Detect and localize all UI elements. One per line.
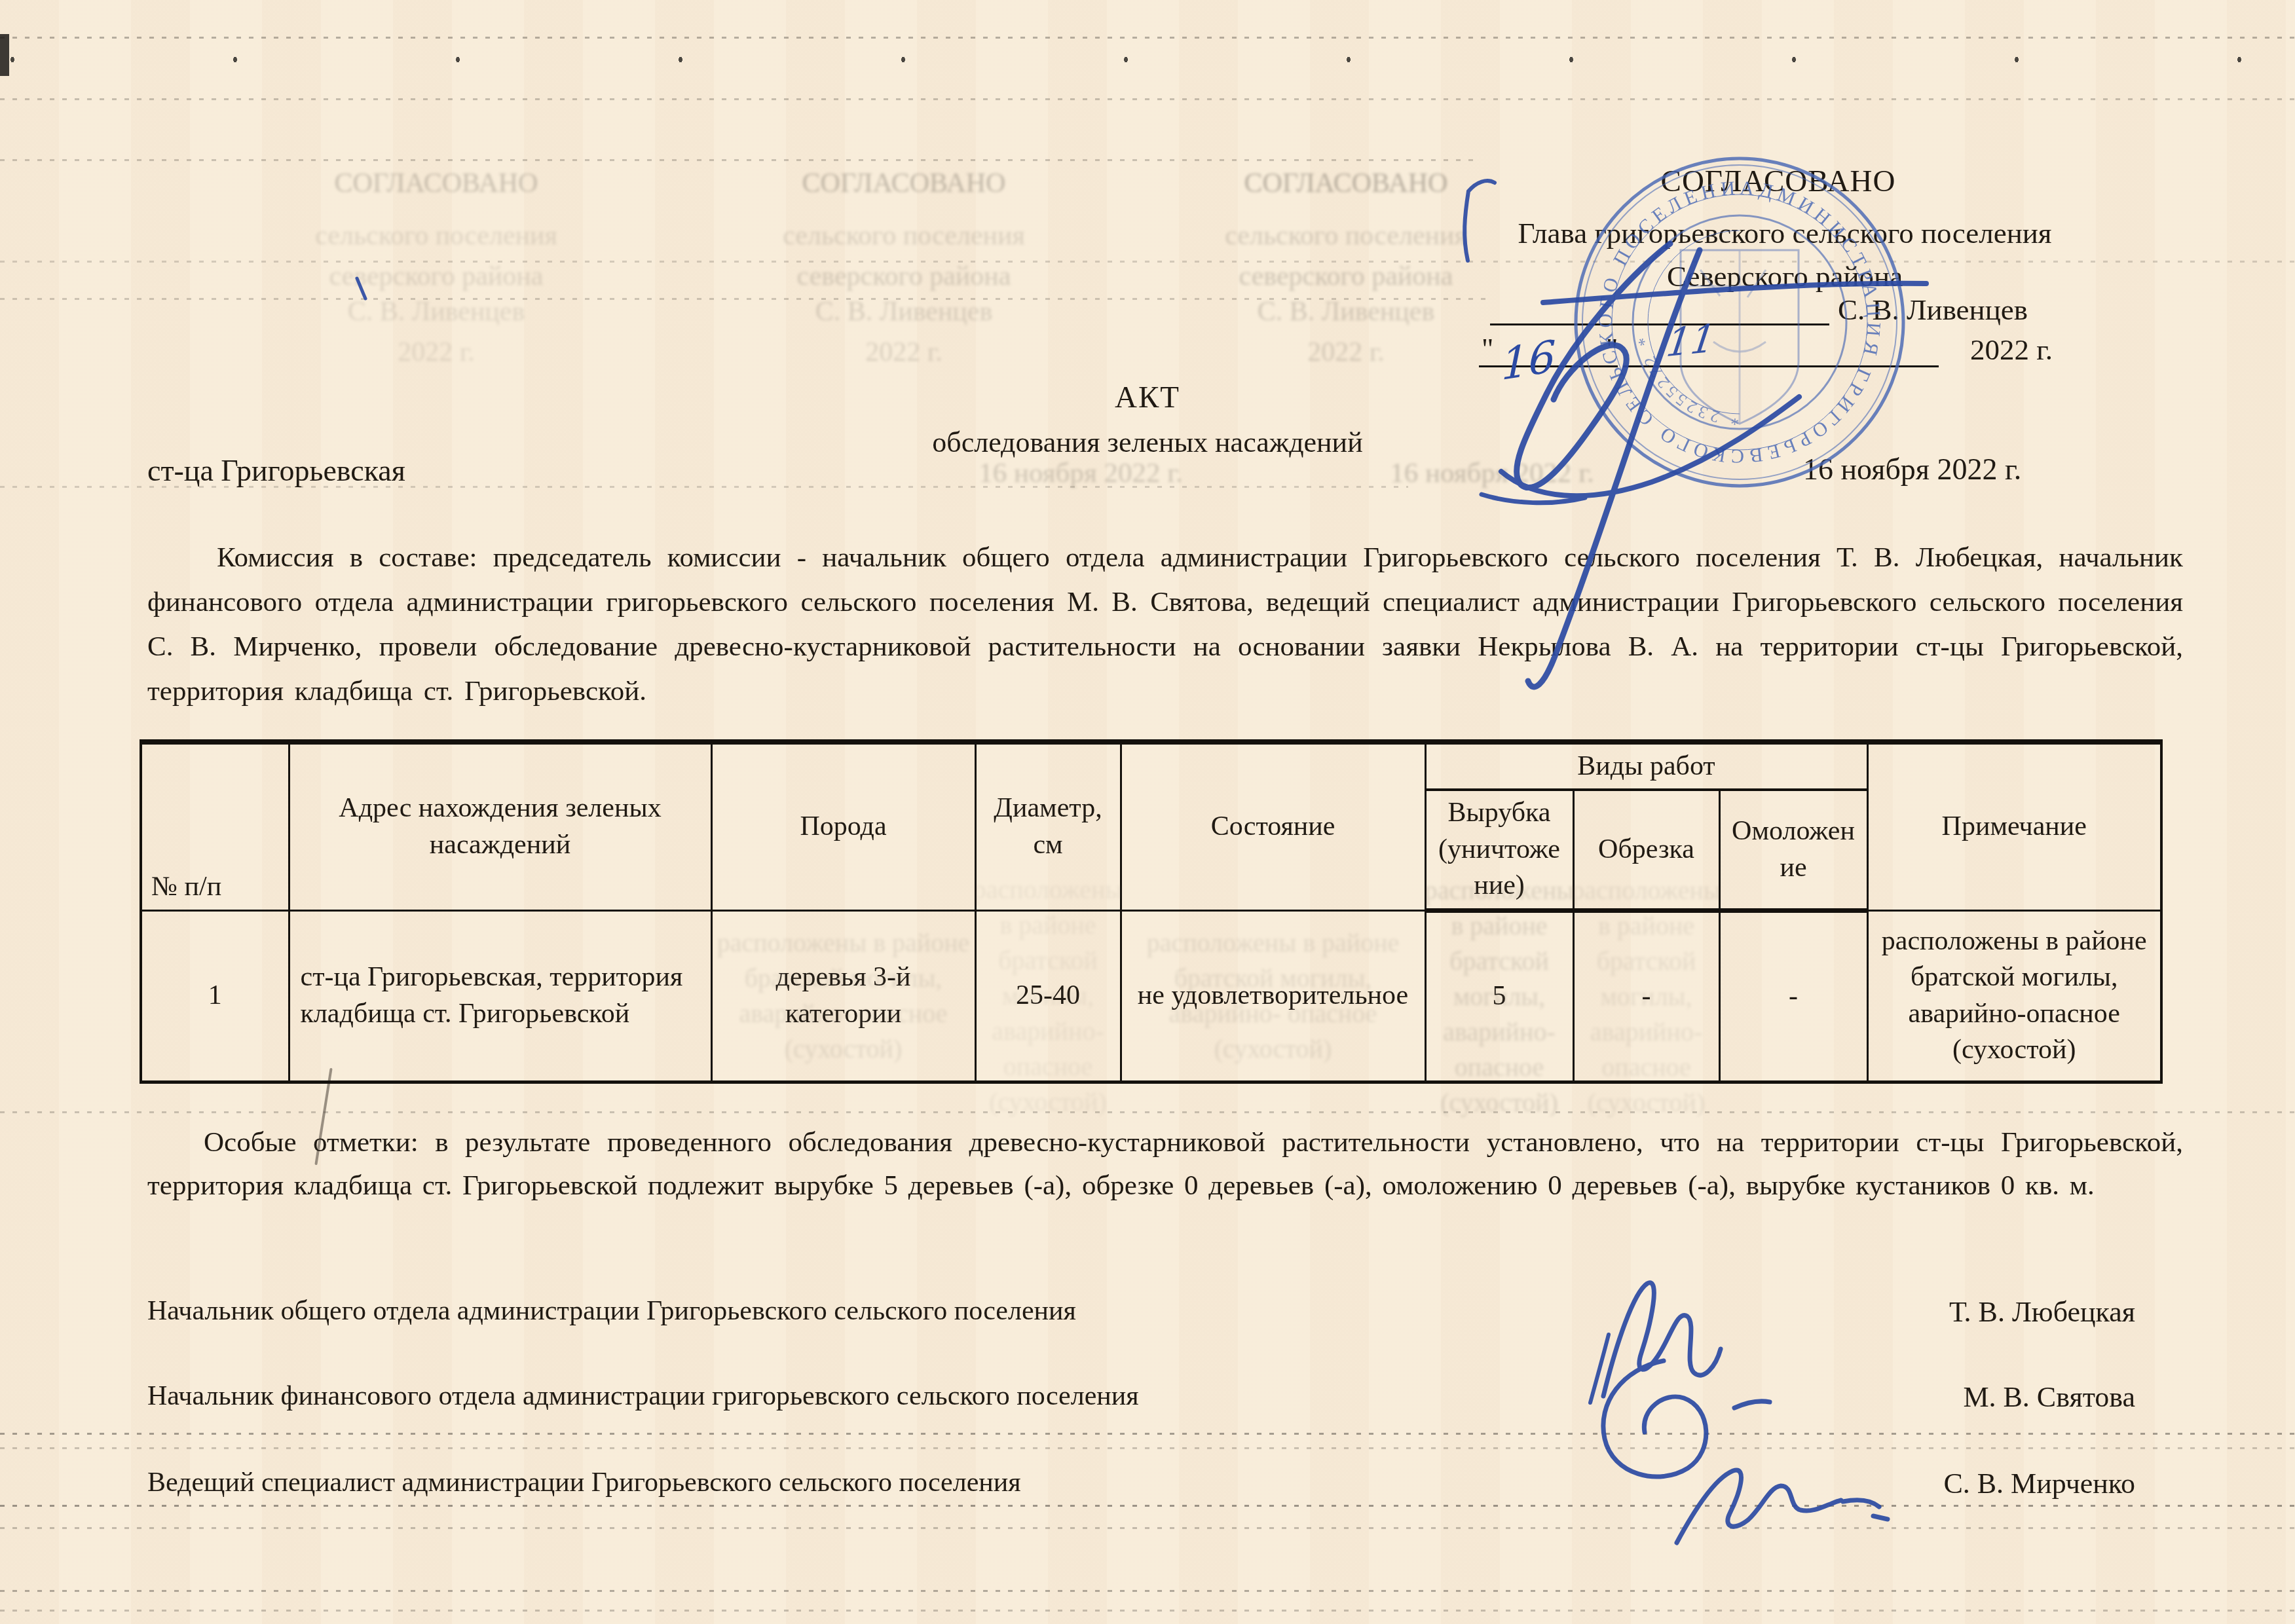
date-quote-open: " xyxy=(1482,331,1493,365)
round-stamp: АДМИНИСТРАЦИЯ ГРИГОРЬЕВСКОГО СЕЛЬСКОГО П… xyxy=(1559,145,1926,525)
approval-year: 2022 г. xyxy=(1970,333,2053,367)
signatory-label: Начальник общего отдела администрации Гр… xyxy=(147,1295,1076,1327)
col-header-species: Порода xyxy=(711,742,975,910)
bleed-ghost: расположены в районе братской могилы, ав… xyxy=(717,914,971,1078)
signatory-name: М. В. Святова xyxy=(1768,1380,2135,1414)
scan-noise-line xyxy=(0,1505,2295,1507)
scan-noise-line xyxy=(0,1433,2295,1435)
scan-noise-line xyxy=(0,1111,2295,1113)
scan-noise-line xyxy=(0,159,1480,161)
col-header-state: Состояние xyxy=(1121,742,1425,910)
cell-address: ст-ца Григорьевская, территория кладбища… xyxy=(289,910,711,1082)
col-header-rejuvenate: Омоложение xyxy=(1719,790,1867,910)
ghost-line: сельского поселения xyxy=(1202,220,1490,251)
ghost-line: северского района xyxy=(763,261,1045,292)
col-header-address: Адрес нахождения зеленых насаждений xyxy=(289,742,711,910)
signatory-label: Начальник финансового отдела администрац… xyxy=(147,1380,1139,1412)
scan-noise-line xyxy=(0,37,2295,39)
ghost-heading: СОГЛАСОВАНО xyxy=(763,168,1045,199)
cell-state: расположены в районе братской могилы, ав… xyxy=(1121,910,1425,1082)
ghost-line: северского района xyxy=(292,261,580,292)
ghost-approval-column: СОГЛАСОВАНО сельского поселения северско… xyxy=(292,168,580,364)
ghost-line: С. В. Ливенцев xyxy=(292,296,580,327)
signatory-name: С. В. Мирченко xyxy=(1768,1467,2135,1500)
scan-noise-line xyxy=(0,1447,2295,1449)
signatory-label: Ведещий специалист администрации Григорь… xyxy=(147,1467,1021,1498)
ghost-line: 2022 г. xyxy=(763,337,1045,368)
notes-paragraph: Особые отметки: в результате проведенног… xyxy=(147,1121,2183,1208)
scan-edge-mark xyxy=(0,34,9,76)
cell-rejuvenate: - xyxy=(1719,910,1867,1082)
ghost-line: северского района xyxy=(1202,261,1490,292)
inspection-table: № п/п Адрес нахождения зеленых насаждени… xyxy=(140,739,2163,1084)
scanned-act-document: СОГЛАСОВАНО сельского поселения северско… xyxy=(0,0,2295,1624)
doc-subtitle: обследования зеленых насаждений xyxy=(0,426,2295,459)
scan-noise-line xyxy=(0,1527,2295,1529)
col-header-works: Виды работ xyxy=(1425,742,1867,790)
ghost-line: С. В. Ливенцев xyxy=(763,296,1045,327)
cell-prune: расположены в районе братской могилы, ав… xyxy=(1573,910,1719,1082)
table-header-row: № п/п Адрес нахождения зеленых насаждени… xyxy=(141,742,2161,790)
ghost-line: сельского поселения xyxy=(292,220,580,251)
table-row: 1 ст-ца Григорьевская, территория кладби… xyxy=(141,910,2161,1082)
ghost-line: 2022 г. xyxy=(292,337,580,368)
col-header-diameter: Диаметр, см xyxy=(975,742,1121,910)
intro-paragraph: Комиссия в составе: председатель комисси… xyxy=(147,536,2183,714)
ghost-line: С. В. Ливенцев xyxy=(1202,296,1490,327)
scan-noise-line xyxy=(0,1610,2295,1612)
inspection-table-wrap: № п/п Адрес нахождения зеленых насаждени… xyxy=(140,739,2163,1084)
ghost-approval-column: СОГЛАСОВАНО сельского поселения северско… xyxy=(1202,168,1490,364)
col-header-num: № п/п xyxy=(141,742,289,910)
ghost-approval-column: СОГЛАСОВАНО сельского поселения северско… xyxy=(763,168,1045,364)
ghost-line: 2022 г. xyxy=(1202,337,1490,368)
ghost-heading: СОГЛАСОВАНО xyxy=(1202,168,1490,199)
cell-note: расположены в районе братской могилы, ав… xyxy=(1867,910,2161,1082)
cell-species: расположены в районе братской могилы, ав… xyxy=(711,910,975,1082)
signatory-name: Т. В. Любецкая xyxy=(1768,1295,2135,1329)
scan-noise-line xyxy=(0,1590,2295,1592)
scan-noise-line xyxy=(0,98,2295,100)
ghost-date: 16 ноября 2022 г. xyxy=(943,457,1218,489)
doc-title: АКТ xyxy=(0,380,2295,415)
ghost-line: сельского поселения xyxy=(763,220,1045,251)
scan-noise-specks xyxy=(7,55,2292,64)
col-header-cut: Вырубка (уничтожение) xyxy=(1425,790,1573,910)
col-header-note: Примечание xyxy=(1867,742,2161,910)
cell-cut: расположены в районе братской могилы, ав… xyxy=(1425,910,1573,1082)
ghost-heading: СОГЛАСОВАНО xyxy=(292,168,580,199)
cell-num: 1 xyxy=(141,910,289,1082)
cell-diameter: расположены в районе братской могилы, ав… xyxy=(975,910,1121,1082)
col-header-prune: Обрезка xyxy=(1573,790,1719,910)
